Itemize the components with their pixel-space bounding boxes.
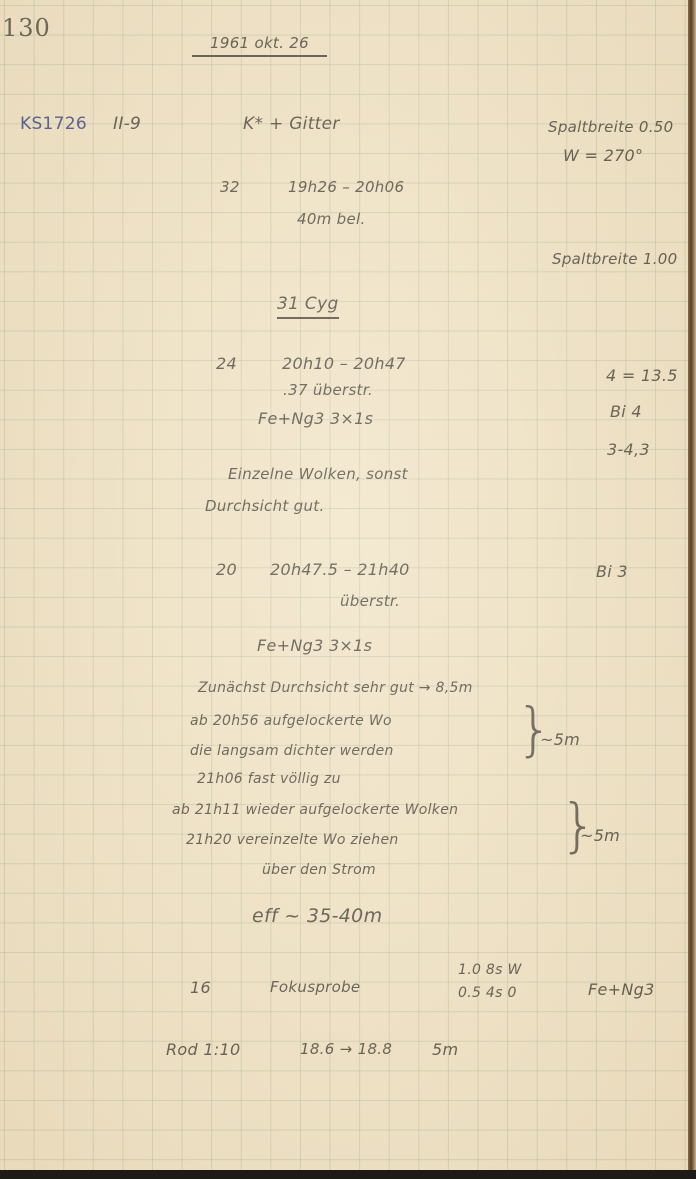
exposure-3-comparison: Fe+Ng3 3×1s: [257, 636, 372, 655]
exposure-3-note: überstr.: [340, 592, 400, 610]
exposure-2-side-note-3: 3-4,3: [607, 440, 650, 459]
notebook-page: 130 1961 okt. 26 KS1726 II-9 K* + Gitter…: [0, 0, 690, 1170]
exposure-1-time: 19h26 – 20h06: [288, 178, 404, 196]
exposure-2-time: 20h10 – 20h47: [282, 354, 406, 373]
brace-2: }: [560, 796, 597, 854]
date-header: 1961 okt. 26: [192, 34, 327, 57]
exposure-4-values-row2: 0.5 4s 0: [458, 985, 517, 1001]
object-name: 31 Cyg: [277, 294, 339, 319]
exposure-2-comparison: Fe+Ng3 3×1s: [258, 409, 373, 428]
exposure-3-remark-6: 21h20 vereinzelte Wo ziehen: [186, 832, 399, 848]
exposure-4-comparison: Fe+Ng3: [588, 980, 655, 999]
plate-id: KS1726: [20, 114, 87, 134]
effective-exposure: eff ~ 35-40m: [252, 905, 382, 927]
exposure-1-number: 32: [220, 178, 240, 196]
brace-1-value: ~5m: [540, 730, 580, 749]
brace-1: }: [516, 700, 553, 758]
exposure-3-number: 20: [216, 560, 237, 579]
exposure-2-remark-1: Einzelne Wolken, sonst: [228, 465, 408, 483]
exposure-3-remark-1: Zunächst Durchsicht sehr gut → 8,5m: [198, 680, 473, 696]
exposure-1-duration: 40m bel.: [297, 210, 366, 228]
footer-label: Rod 1:10: [166, 1040, 240, 1059]
exposure-3-remark-7: über den Strom: [262, 862, 376, 878]
exposure-2-side-note-1: 4 = 13.5: [606, 366, 678, 385]
exposure-3-remark-5: ab 21h11 wieder aufgelockerte Wolken: [172, 802, 458, 818]
footer-range: 18.6 → 18.8: [300, 1040, 392, 1058]
page-number-stamp: 130: [2, 14, 51, 42]
exposure-2-side-note-2: Bi 4: [610, 402, 642, 421]
w-angle: W = 270°: [563, 146, 643, 165]
exposure-3-remark-4: 21h06 fast völlig zu: [197, 771, 341, 787]
slit-width-1: Spaltbreite 0.50: [548, 118, 673, 136]
exposure-4-values-row1: 1.0 8s W: [458, 962, 522, 978]
slit-width-2: Spaltbreite 1.00: [552, 250, 677, 268]
plate-series: II-9: [113, 114, 141, 134]
exposure-3-side-note: Bi 3: [596, 562, 628, 581]
exposure-3-remark-3: die langsam dichter werden: [190, 743, 394, 759]
exposure-2-remark-2: Durchsicht gut.: [205, 497, 325, 515]
footer-duration: 5m: [432, 1040, 458, 1059]
exposure-4-number: 16: [190, 978, 211, 997]
scan-bottom-edge: [0, 1170, 696, 1179]
exposure-2-number: 24: [216, 354, 237, 373]
brace-2-value: ~5m: [580, 826, 620, 845]
exposure-4-label: Fokusprobe: [270, 978, 360, 996]
exposure-3-remark-2: ab 20h56 aufgelockerte Wo: [190, 713, 392, 729]
notebook-binding: [688, 0, 696, 1170]
exposure-2-duration-note: .37 überstr.: [283, 381, 373, 399]
setup-label: K* + Gitter: [243, 114, 340, 134]
exposure-3-time: 20h47.5 – 21h40: [270, 560, 410, 579]
